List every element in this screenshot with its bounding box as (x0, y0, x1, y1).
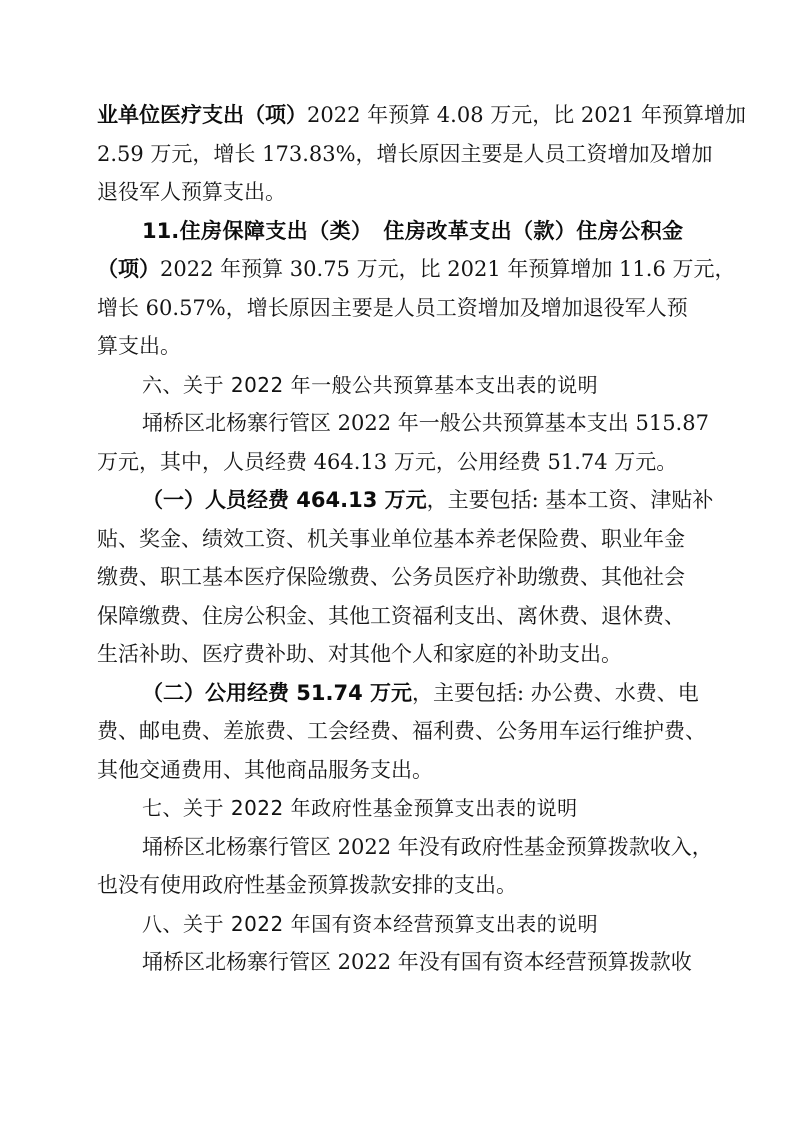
text-run: 保障缴费、住房公积金、其他工资福利支出、离休费、退休费、 (97, 604, 685, 628)
paragraph-line: 缴费、职工基本医疗保险缴费、公务员医疗补助缴费、其他社会 (97, 562, 683, 592)
paragraph-line: 贴、奖金、绩效工资、机关事业单位基本养老保险费、职业年金 (97, 524, 683, 554)
text-run: ，主要包括: 基本工资、津贴补 (427, 488, 714, 512)
text-run: 2.59 万元，增长 173.83%，增长原因主要是人员工资增加及增加 (97, 142, 713, 166)
paragraph-line: 保障缴费、住房公积金、其他工资福利支出、离休费、退休费、 (97, 601, 683, 631)
text-run: 埇桥区北杨寨行管区 2022 年没有政府性基金预算拨款收入， (142, 835, 713, 859)
text-run: 贴、奖金、绩效工资、机关事业单位基本养老保险费、职业年金 (97, 527, 685, 551)
text-run: 生活补助、医疗费补助、对其他个人和家庭的补助支出。 (97, 642, 622, 666)
text-run: 2022 年预算 30.75 万元，比 2021 年预算增加 11.6 万元， (160, 257, 736, 281)
text-run: 万元，其中，人员经费 464.13 万元，公用经费 51.74 万元。 (97, 450, 677, 474)
paragraph-line: 业单位医疗支出（项）2022 年预算 4.08 万元，比 2021 年预算增加 (97, 100, 683, 130)
bold-run: （项） (97, 257, 160, 281)
paragraph-line: 万元，其中，人员经费 464.13 万元，公用经费 51.74 万元。 (97, 447, 683, 477)
paragraph-line: 埇桥区北杨寨行管区 2022 年一般公共预算基本支出 515.87 (142, 408, 683, 438)
document-page: 业单位医疗支出（项）2022 年预算 4.08 万元，比 2021 年预算增加 … (0, 0, 793, 1122)
paragraph-line: （二）公用经费 51.74 万元，主要包括: 办公费、水费、电 (142, 678, 683, 708)
text-run: 增长 60.57%，增长原因主要是人员工资增加及增加退役军人预 (97, 296, 688, 320)
section-item-heading: 11.住房保障支出（类） 住房改革支出（款）住房公积金 (142, 216, 683, 246)
paragraph-line: 增长 60.57%，增长原因主要是人员工资增加及增加退役军人预 (97, 293, 683, 323)
text-run: 缴费、职工基本医疗保险缴费、公务员医疗补助缴费、其他社会 (97, 565, 685, 589)
paragraph-line: 算支出。 (97, 331, 683, 361)
bold-run: （二）公用经费 51.74 万元 (142, 681, 412, 705)
bold-run: 业单位医疗支出（项） (97, 103, 307, 127)
text-run: 其他交通费用、其他商品服务支出。 (97, 758, 433, 782)
text-run: 算支出。 (97, 334, 181, 358)
paragraph-line: 费、邮电费、差旅费、工会经费、福利费、公务用车运行维护费、 (97, 716, 683, 746)
section-heading-6: 六、关于 2022 年一般公共预算基本支出表的说明 (142, 370, 683, 400)
section-heading-8: 八、关于 2022 年国有资本经营预算支出表的说明 (142, 909, 683, 939)
paragraph-line: 其他交通费用、其他商品服务支出。 (97, 755, 683, 785)
section-heading-7: 七、关于 2022 年政府性基金预算支出表的说明 (142, 793, 683, 823)
bold-run: 11.住房保障支出（类） 住房改革支出（款）住房公积金 (142, 219, 683, 243)
text-run: ，主要包括: 办公费、水费、电 (412, 681, 699, 705)
text-run: 也没有使用政府性基金预算拨款安排的支出。 (97, 873, 517, 897)
text-run: 退役军人预算支出。 (97, 180, 286, 204)
paragraph-line: （项）2022 年预算 30.75 万元，比 2021 年预算增加 11.6 万… (97, 254, 683, 284)
paragraph-line: 埇桥区北杨寨行管区 2022 年没有国有资本经营预算拨款收 (142, 947, 683, 977)
paragraph-line: 埇桥区北杨寨行管区 2022 年没有政府性基金预算拨款收入， (142, 832, 683, 862)
text-run: 2022 年预算 4.08 万元，比 2021 年预算增加 (307, 103, 746, 127)
paragraph-line: 也没有使用政府性基金预算拨款安排的支出。 (97, 870, 683, 900)
text-run: 费、邮电费、差旅费、工会经费、福利费、公务用车运行维护费、 (97, 719, 706, 743)
paragraph-line: （一）人员经费 464.13 万元，主要包括: 基本工资、津贴补 (142, 485, 683, 515)
text-run: 埇桥区北杨寨行管区 2022 年没有国有资本经营预算拨款收 (142, 950, 692, 974)
bold-run: （一）人员经费 464.13 万元 (142, 488, 427, 512)
text-run: 埇桥区北杨寨行管区 2022 年一般公共预算基本支出 515.87 (142, 411, 709, 435)
paragraph-line: 2.59 万元，增长 173.83%，增长原因主要是人员工资增加及增加 (97, 139, 683, 169)
paragraph-line: 生活补助、医疗费补助、对其他个人和家庭的补助支出。 (97, 639, 683, 669)
paragraph-line: 退役军人预算支出。 (97, 177, 683, 207)
